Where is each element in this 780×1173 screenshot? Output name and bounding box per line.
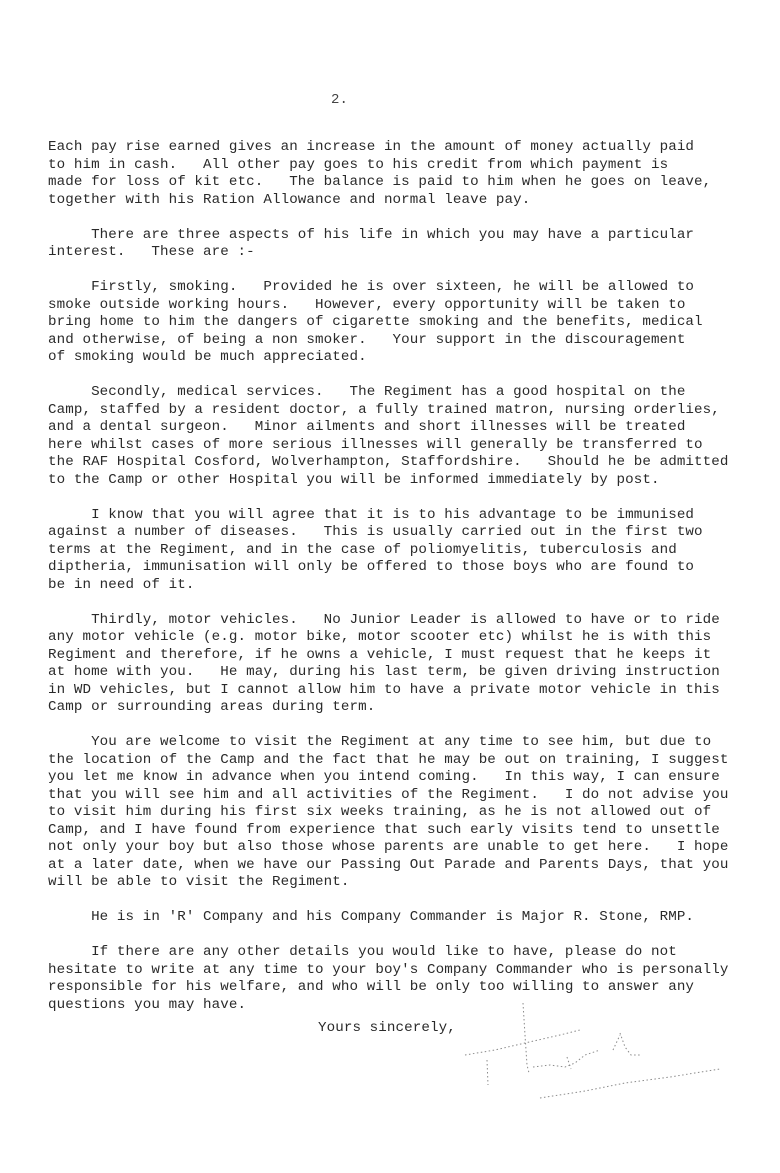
text-line: to visit him during his first six weeks … bbox=[48, 804, 748, 822]
text-line: here whilst cases of more serious illnes… bbox=[48, 437, 748, 455]
text-line: Thirdly, motor vehicles. No Junior Leade… bbox=[48, 612, 748, 630]
text-line: interest. These are :- bbox=[48, 244, 748, 262]
text-line: at a later date, when we have our Passin… bbox=[48, 857, 748, 875]
text-line: terms at the Regiment, and in the case o… bbox=[48, 542, 748, 560]
handwritten-signature bbox=[455, 995, 755, 1110]
text-line: to him in cash. All other pay goes to hi… bbox=[48, 157, 748, 175]
text-line: together with his Ration Allowance and n… bbox=[48, 192, 748, 210]
text-line: Camp, and I have found from experience t… bbox=[48, 822, 748, 840]
text-line: There are three aspects of his life in w… bbox=[48, 227, 748, 245]
text-line: He is in 'R' Company and his Company Com… bbox=[48, 909, 748, 927]
letter-page: 2. Each pay rise earned gives an increas… bbox=[0, 0, 780, 1173]
paragraph: Each pay rise earned gives an increase i… bbox=[48, 139, 748, 209]
text-line: in WD vehicles, but I cannot allow him t… bbox=[48, 682, 748, 700]
text-line: the location of the Camp and the fact th… bbox=[48, 752, 748, 770]
text-line: Camp or surrounding areas during term. bbox=[48, 699, 748, 717]
text-line: made for loss of kit etc. The balance is… bbox=[48, 174, 748, 192]
paragraph: I know that you will agree that it is to… bbox=[48, 507, 748, 595]
paragraph: You are welcome to visit the Regiment at… bbox=[48, 734, 748, 892]
text-line: of smoking would be much appreciated. bbox=[48, 349, 748, 367]
text-line: diptheria, immunisation will only be off… bbox=[48, 559, 748, 577]
text-line: Camp, staffed by a resident doctor, a fu… bbox=[48, 402, 748, 420]
paragraph: Thirdly, motor vehicles. No Junior Leade… bbox=[48, 612, 748, 717]
paragraph: There are three aspects of his life in w… bbox=[48, 227, 748, 262]
text-line: at home with you. He may, during his las… bbox=[48, 664, 748, 682]
paragraph: Secondly, medical services. The Regiment… bbox=[48, 384, 748, 489]
text-line: hesitate to write at any time to your bo… bbox=[48, 962, 748, 980]
text-line: not only your boy but also those whose p… bbox=[48, 839, 748, 857]
text-line: that you will see him and all activities… bbox=[48, 787, 748, 805]
text-line: Regiment and therefore, if he owns a veh… bbox=[48, 647, 748, 665]
text-line: you let me know in advance when you inte… bbox=[48, 769, 748, 787]
text-line: the RAF Hospital Cosford, Wolverhampton,… bbox=[48, 454, 748, 472]
text-line: Secondly, medical services. The Regiment… bbox=[48, 384, 748, 402]
text-line: If there are any other details you would… bbox=[48, 944, 748, 962]
text-line: responsible for his welfare, and who wil… bbox=[48, 979, 748, 997]
page-number: 2. bbox=[331, 92, 348, 108]
text-line: will be able to visit the Regiment. bbox=[48, 874, 748, 892]
text-line: smoke outside working hours. However, ev… bbox=[48, 297, 748, 315]
text-line: I know that you will agree that it is to… bbox=[48, 507, 748, 525]
text-line: against a number of diseases. This is us… bbox=[48, 524, 748, 542]
text-line: any motor vehicle (e.g. motor bike, moto… bbox=[48, 629, 748, 647]
text-line: Each pay rise earned gives an increase i… bbox=[48, 139, 748, 157]
text-line: You are welcome to visit the Regiment at… bbox=[48, 734, 748, 752]
text-line: to the Camp or other Hospital you will b… bbox=[48, 472, 748, 490]
text-line: and otherwise, of being a non smoker. Yo… bbox=[48, 332, 748, 350]
letter-body: Each pay rise earned gives an increase i… bbox=[48, 139, 748, 1032]
paragraph: He is in 'R' Company and his Company Com… bbox=[48, 909, 748, 927]
text-line: be in need of it. bbox=[48, 577, 748, 595]
paragraph: Firstly, smoking. Provided he is over si… bbox=[48, 279, 748, 367]
closing-salutation: Yours sincerely, bbox=[318, 1020, 456, 1038]
text-line: and a dental surgeon. Minor ailments and… bbox=[48, 419, 748, 437]
text-line: bring home to him the dangers of cigaret… bbox=[48, 314, 748, 332]
text-line: Firstly, smoking. Provided he is over si… bbox=[48, 279, 748, 297]
